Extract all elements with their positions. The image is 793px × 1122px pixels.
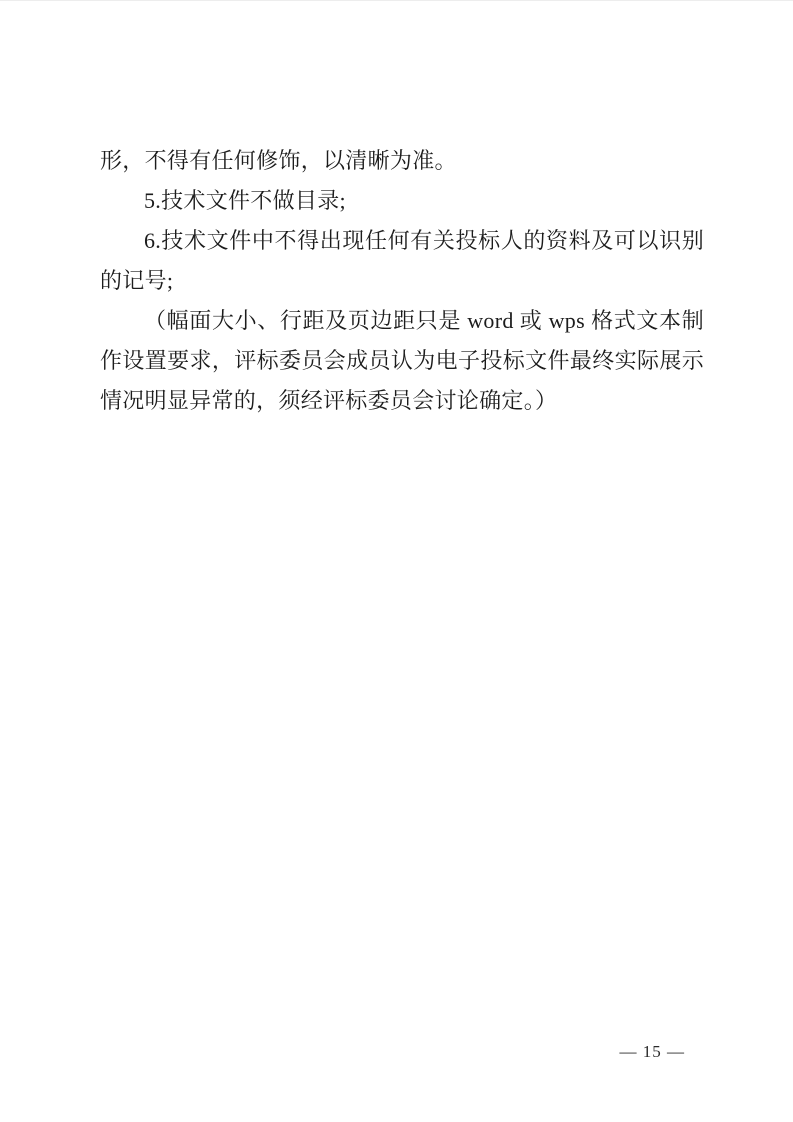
paragraph-continuation: 形，不得有任何修饰，以清晰为准。 <box>100 141 704 181</box>
page-number: — 15 — <box>620 1041 686 1063</box>
paragraph-item-6: 6.技术文件中不得出现任何有关投标人的资料及可以识别的记号; <box>100 221 704 301</box>
paragraph-parenthetical-note: （幅面大小、行距及页边距只是 word 或 wps 格式文本制作设置要求，评标委… <box>100 301 704 421</box>
document-page: 形，不得有任何修饰，以清晰为准。 5.技术文件不做目录; 6.技术文件中不得出现… <box>0 0 793 1122</box>
paragraph-item-5: 5.技术文件不做目录; <box>100 181 704 221</box>
document-text-block: 形，不得有任何修饰，以清晰为准。 5.技术文件不做目录; 6.技术文件中不得出现… <box>100 141 704 421</box>
